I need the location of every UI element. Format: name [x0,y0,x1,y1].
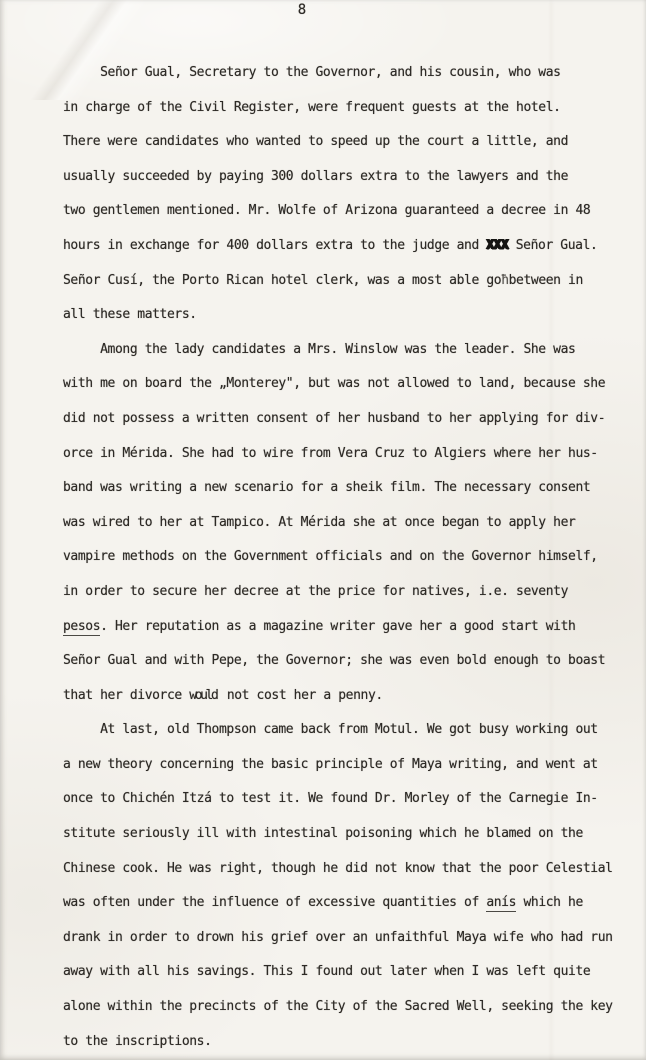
text-line: stitute seriously ill with intestinal po… [63,817,638,852]
text-line: with me on board the „Monterey", but was… [63,367,638,402]
text-line: to the inscriptions. [63,1025,638,1060]
typed-text: Señor Gual and with Pepe, the Governor; … [63,653,605,668]
typed-text: At last, old Thompson came back from Mot… [63,722,598,737]
typed-text: that her divorce [63,688,189,703]
crossed-out-text: XXX [486,238,508,253]
typed-text: . Her reputation as a magazine writer ga… [100,619,575,634]
text-line: hours in exchange for 400 dollars extra … [63,229,638,264]
typed-text: which he [516,895,583,910]
text-line: in order to secure her decree at the pri… [63,575,638,610]
typed-text: There were candidates who wanted to spee… [63,134,568,149]
typed-text: all these matters. [63,307,197,322]
typed-text: stitute seriously ill with intestinal po… [63,826,583,841]
typed-text: two gentlemen mentioned. Mr. Wolfe of Ar… [63,203,590,218]
text-line: all these matters. [63,298,638,333]
typed-text: band was writing a new scenario for a sh… [63,480,590,495]
typed-text: Chinese cook. He was right, though he di… [63,861,613,876]
typed-text: to the inscriptions. [63,1034,212,1049]
text-line: Señor Gual, Secretary to the Governor, a… [63,56,638,91]
typed-text: vampire methods on the Government offici… [63,549,598,564]
text-line: two gentlemen mentioned. Mr. Wolfe of Ar… [63,194,638,229]
overstruck-character: ħ [501,273,508,288]
document-page: 8 Señor Gual, Secretary to the Governor,… [0,0,646,1060]
text-line: alone within the precincts of the City o… [63,990,638,1025]
text-line: in charge of the Civil Register, were fr… [63,91,638,126]
text-line: Señor Gual and with Pepe, the Governor; … [63,644,638,679]
overtyped-text: would [189,688,219,703]
text-line: There were candidates who wanted to spee… [63,125,638,160]
typed-text: a new theory concerning the basic princi… [63,757,598,772]
underlined-text: anís [486,895,516,912]
typed-text: hours in exchange for 400 dollars extra … [63,238,486,253]
text-line: was often under the influence of excessi… [63,886,638,921]
text-line: orce in Mérida. She had to wire from Ver… [63,437,638,472]
text-line: band was writing a new scenario for a sh… [63,471,638,506]
typed-text: in order to secure her decree at the pri… [63,584,568,599]
text-line: drank in order to drown his grief over a… [63,921,638,956]
typed-text: Señor Gual. [508,238,597,253]
typed-text: was often under the influence of excessi… [63,895,486,910]
text-line: was wired to her at Tampico. At Mérida s… [63,506,638,541]
typed-text: with me on board the „Monterey", but was… [63,376,605,391]
document-body: Señor Gual, Secretary to the Governor, a… [63,56,638,1059]
text-line: At last, old Thompson came back from Mot… [63,713,638,748]
typed-text: once to Chichén Itzá to test it. We foun… [63,791,598,806]
typed-text: between in [509,273,583,288]
text-line: that her divorce would not cost her a pe… [63,679,638,714]
typed-text: Among the lady candidates a Mrs. Winslow… [63,342,575,357]
page-number: 8 [0,2,604,18]
text-line: vampire methods on the Government offici… [63,540,638,575]
typed-text: Señor Gual, Secretary to the Governor, a… [63,65,561,80]
text-line: Among the lady candidates a Mrs. Winslow… [63,333,638,368]
text-line: did not possess a written consent of her… [63,402,638,437]
typed-text: in charge of the Civil Register, were fr… [63,100,561,115]
typed-text: alone within the precincts of the City o… [63,999,613,1014]
text-line: away with all his savings. This I found … [63,955,638,990]
text-line: Chinese cook. He was right, though he di… [63,852,638,887]
typed-text: usually succeeded by paying 300 dollars … [63,169,568,184]
text-line: Señor Cusí, the Porto Rican hotel clerk,… [63,264,638,299]
typed-text: not cost her a penny. [219,688,382,703]
typed-text: did not possess a written consent of her… [63,411,605,426]
typed-text: orce in Mérida. She had to wire from Ver… [63,446,598,461]
typed-text: was wired to her at Tampico. At Mérida s… [63,515,575,530]
text-line: pesos. Her reputation as a magazine writ… [63,610,638,645]
typed-text: Señor Cusí, the Porto Rican hotel clerk,… [63,273,501,288]
text-line: a new theory concerning the basic princi… [63,748,638,783]
underlined-text: pesos [63,619,100,636]
typed-text: away with all his savings. This I found … [63,964,590,979]
text-line: once to Chichén Itzá to test it. We foun… [63,782,638,817]
text-line: usually succeeded by paying 300 dollars … [63,160,638,195]
typed-text: drank in order to drown his grief over a… [63,930,613,945]
